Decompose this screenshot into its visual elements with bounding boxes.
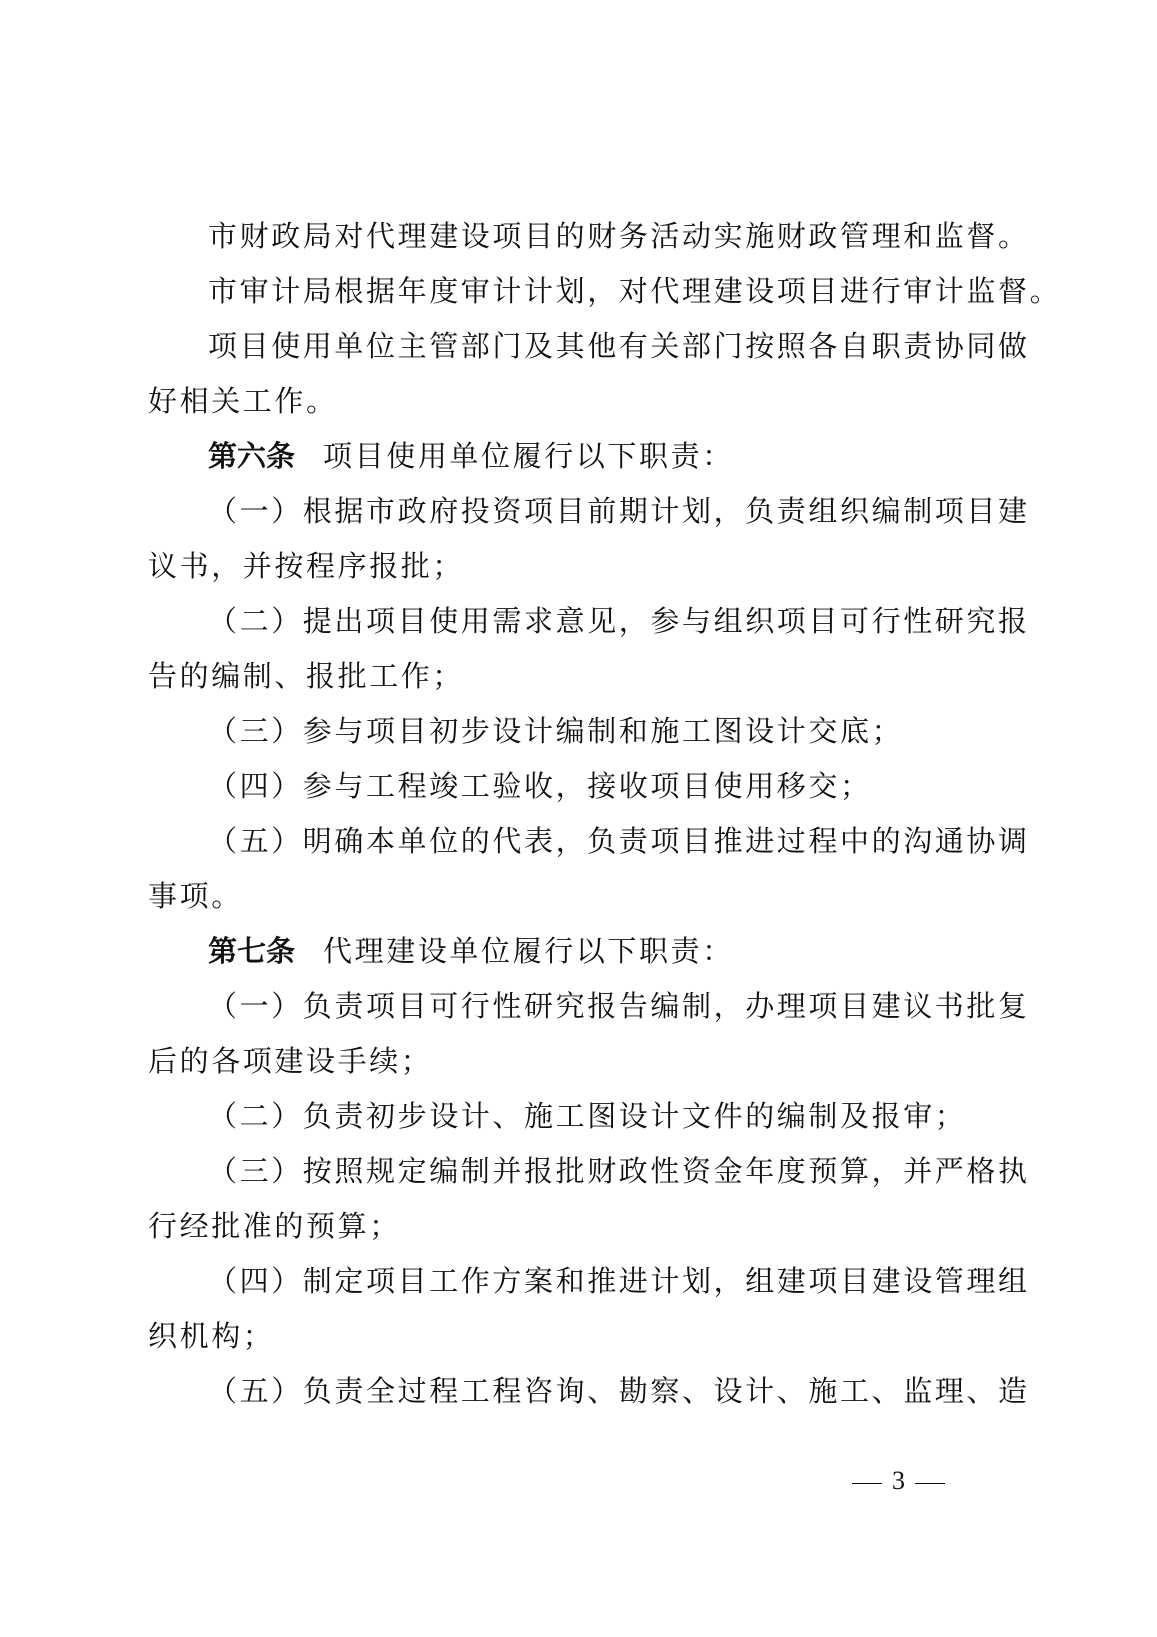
paragraph-line: 织机构； [148, 1316, 274, 1356]
page-number: 3 [842, 1464, 955, 1498]
article-heading: 第六条 [208, 439, 295, 473]
paragraph-line: 市财政局对代理建设项目的财务活动实施财政管理和监督。 [208, 216, 1030, 256]
dash-left [852, 1483, 882, 1484]
paragraph-line: （五）明确本单位的代表，负责项目推进过程中的沟通协调 [208, 821, 1030, 861]
paragraph-line: 行经批准的预算； [148, 1206, 401, 1246]
paragraph-line: （二）负责初步设计、施工图设计文件的编制及报审； [208, 1096, 966, 1136]
paragraph-line: （四）制定项目工作方案和推进计划，组建项目建设管理组 [208, 1261, 1030, 1301]
page-number-value: 3 [892, 1466, 905, 1495]
paragraph-line: 事项。 [148, 876, 243, 916]
paragraph-line: 后的各项建设手续； [148, 1041, 432, 1081]
article-line: 第六条项目使用单位履行以下职责： [208, 436, 734, 476]
paragraph-line: （五）负责全过程工程咨询、勘察、设计、施工、监理、造 [208, 1371, 1030, 1411]
paragraph-line: （三）参与项目初步设计编制和施工图设计交底； [208, 711, 903, 751]
paragraph-line: （三）按照规定编制并报批财政性资金年度预算，并严格执 [208, 1151, 1030, 1191]
article-line: 第七条代理建设单位履行以下职责： [208, 931, 734, 971]
article-heading: 第七条 [208, 934, 295, 968]
paragraph-line: （一）根据市政府投资项目前期计划，负责组织编制项目建 [208, 491, 1030, 531]
paragraph-line: 市审计局根据年度审计计划，对代理建设项目进行审计监督。 [208, 271, 1061, 311]
paragraph-line: 议书，并按程序报批； [148, 546, 464, 586]
paragraph-line: 项目使用单位主管部门及其他有关部门按照各自职责协同做 [208, 326, 1030, 366]
document-page: 市财政局对代理建设项目的财务活动实施财政管理和监督。 市审计局根据年度审计计划，… [0, 0, 1157, 1637]
article-text: 项目使用单位履行以下职责： [323, 439, 734, 473]
paragraph-line: 告的编制、报批工作； [148, 656, 464, 696]
paragraph-line: （四）参与工程竣工验收，接收项目使用移交； [208, 766, 872, 806]
paragraph-line: 好相关工作。 [148, 381, 338, 421]
dash-right [915, 1483, 945, 1484]
paragraph-line: （一）负责项目可行性研究报告编制，办理项目建议书批复 [208, 986, 1030, 1026]
paragraph-line: （二）提出项目使用需求意见，参与组织项目可行性研究报 [208, 601, 1030, 641]
article-text: 代理建设单位履行以下职责： [323, 934, 734, 968]
